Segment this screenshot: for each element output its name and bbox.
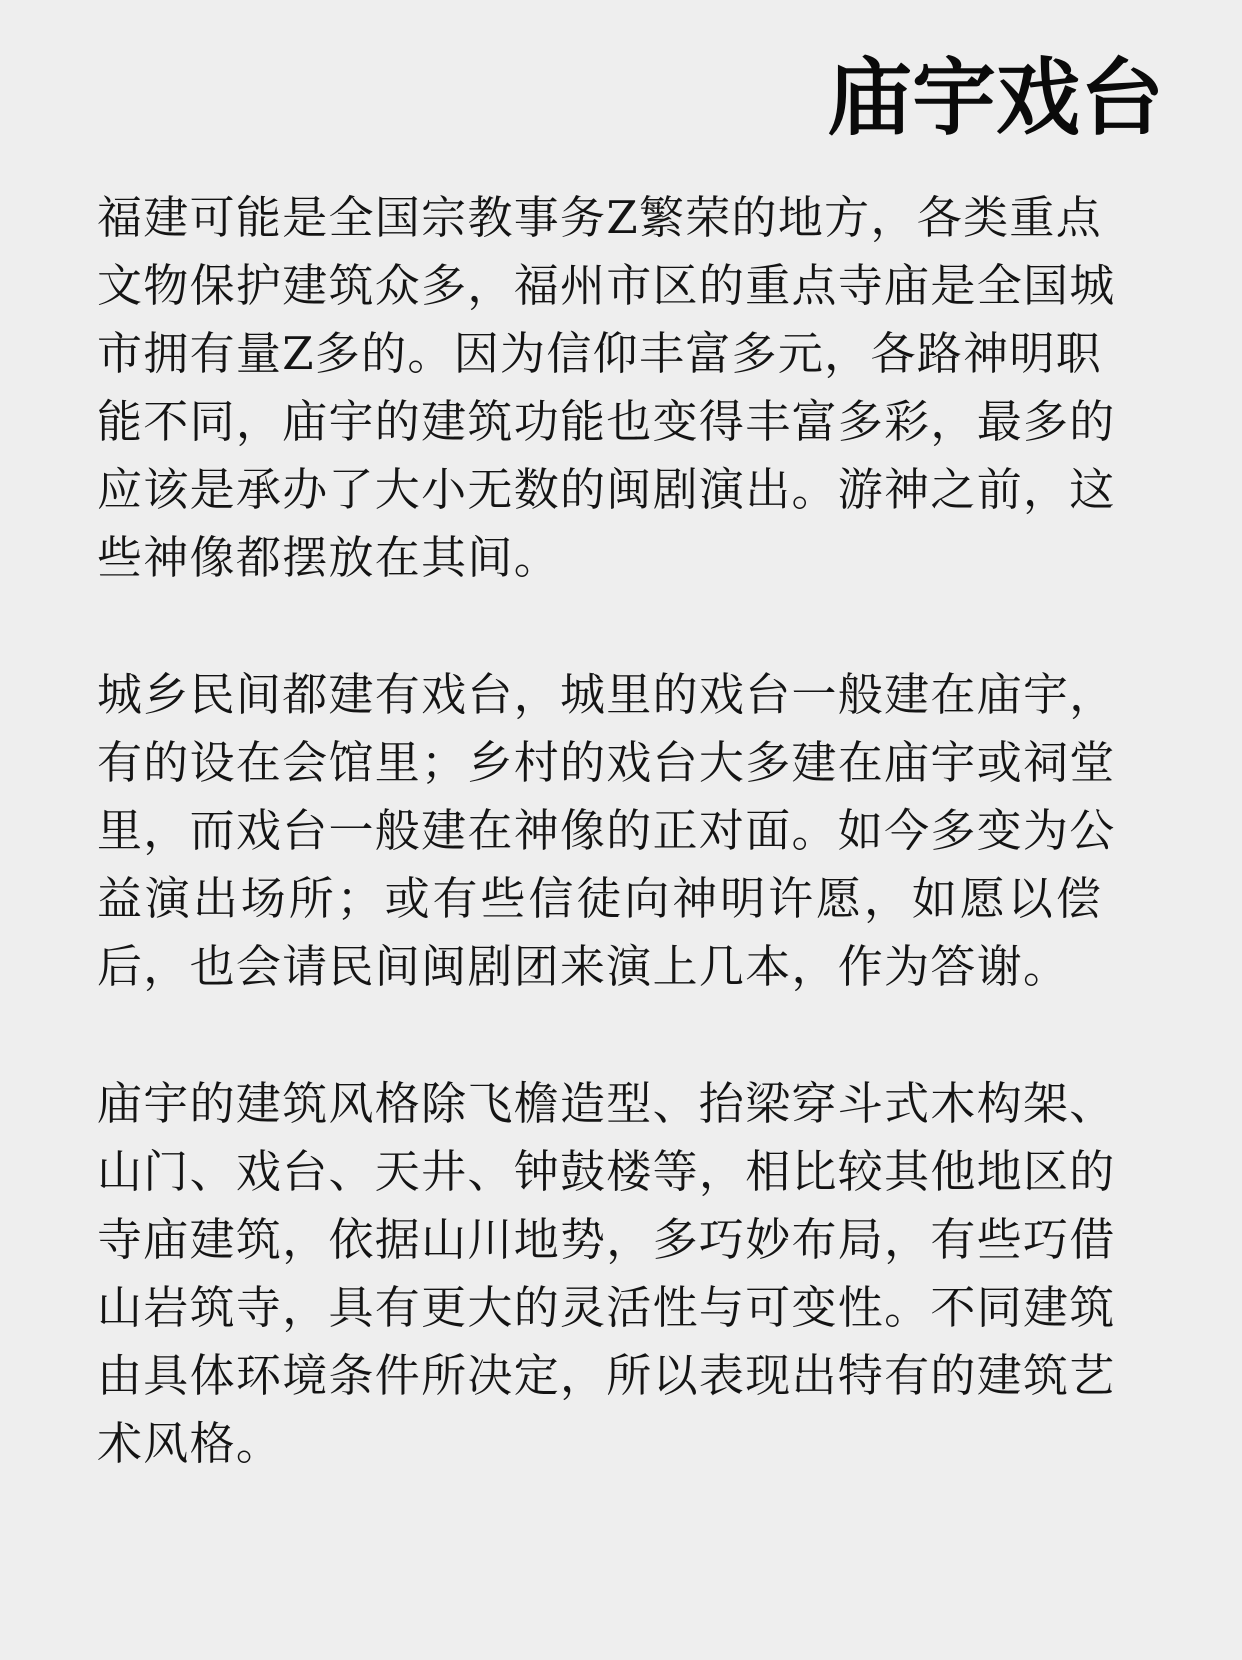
- paragraph-2: 城乡民间都建有戏台，城里的戏台一般建在庙宇， 有的设在会馆里；乡村的戏台大多建在…: [97, 661, 1167, 1001]
- page-title: 庙宇戏台: [828, 50, 1164, 146]
- text-line: 后，也会请民间闽剧团来演上几本，作为答谢。: [97, 933, 1167, 1001]
- text-line: 文物保护建筑众多，福州市区的重点寺庙是全国城: [97, 252, 1102, 320]
- text-line: 城乡民间都建有戏台，城里的戏台一般建在庙宇，: [97, 661, 1167, 729]
- paragraph-3: 庙宇的建筑风格除飞檐造型、抬梁穿斗式木构架、 山门、戏台、天井、钟鼓楼等，相比较…: [97, 1070, 1167, 1478]
- text-line: 术风格。: [97, 1410, 1167, 1478]
- text-line: 有的设在会馆里；乡村的戏台大多建在庙宇或祠堂: [97, 729, 1102, 797]
- text-line: 由具体环境条件所决定，所以表现出特有的建筑艺: [97, 1342, 1102, 1410]
- text-line: 能不同，庙宇的建筑功能也变得丰富多彩，最多的: [97, 388, 1102, 456]
- text-line: 市拥有量Z多的。因为信仰丰富多元，各路神明职: [97, 320, 1102, 388]
- text-line: 益演出场所；或有些信徒向神明许愿，如愿以偿: [97, 865, 1102, 933]
- text-line: 寺庙建筑，依据山川地势，多巧妙布局，有些巧借: [97, 1206, 1102, 1274]
- paragraph-1: 福建可能是全国宗教事务Z繁荣的地方，各类重点 文物保护建筑众多，福州市区的重点寺…: [97, 184, 1167, 592]
- text-line: 山门、戏台、天井、钟鼓楼等，相比较其他地区的: [97, 1138, 1102, 1206]
- text-line: 里，而戏台一般建在神像的正对面。如今多变为公: [97, 797, 1102, 865]
- text-line: 山岩筑寺，具有更大的灵活性与可变性。不同建筑: [97, 1274, 1102, 1342]
- text-line: 应该是承办了大小无数的闽剧演出。游神之前，这: [97, 456, 1102, 524]
- text-line: 庙宇的建筑风格除飞檐造型、抬梁穿斗式木构架、: [97, 1070, 1167, 1138]
- text-line: 些神像都摆放在其间。: [97, 524, 1167, 592]
- text-line: 福建可能是全国宗教事务Z繁荣的地方，各类重点: [97, 184, 1102, 252]
